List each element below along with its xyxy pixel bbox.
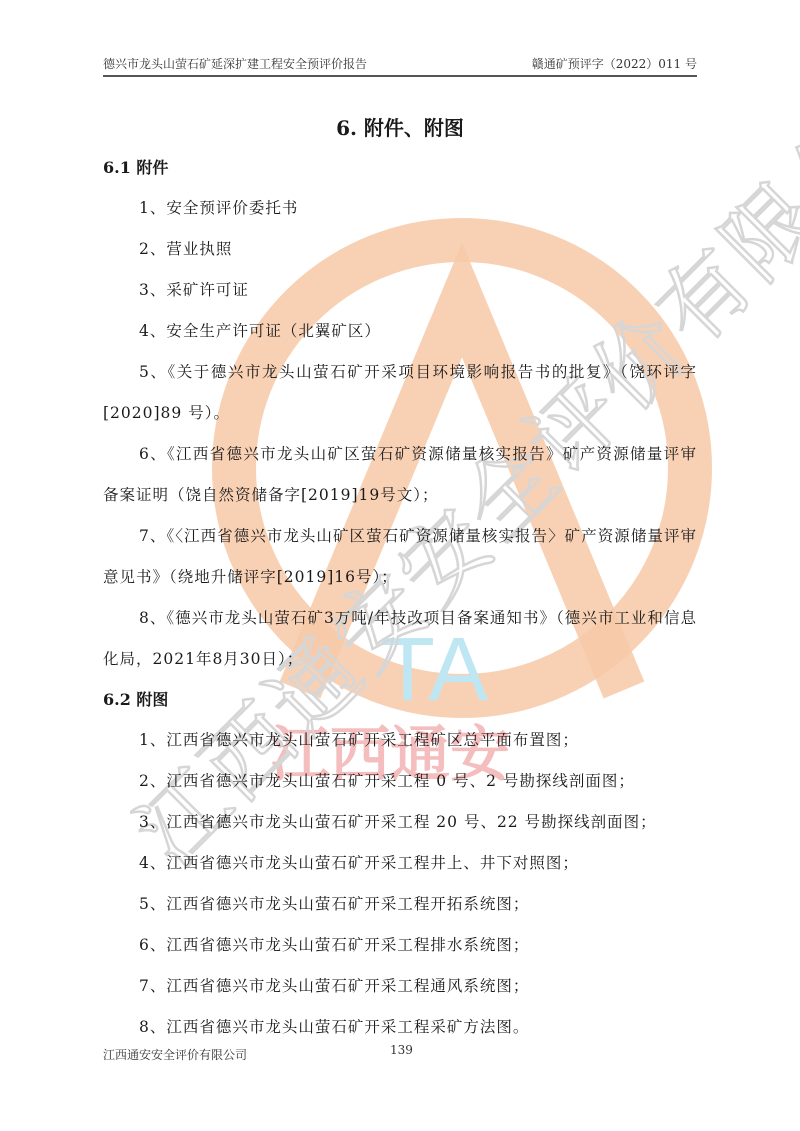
chapter-title: 6. 附件、附图 [103,108,697,148]
page-header: 德兴市龙头山萤石矿延深扩建工程安全预评价报告 赣通矿预评字（2022）011 号 [103,52,697,77]
attachment-item: 1、安全预评价委托书 [103,188,697,229]
section-title-drawings: 6.2 附图 [103,680,697,720]
attachment-item: 7、《〈江西省德兴市龙头山矿区萤石矿资源储量核实报告〉矿产资源储量评审意见书》（… [103,516,697,598]
page-content: 6. 附件、附图 6.1 附件 1、安全预评价委托书 2、营业执照 3、采矿许可… [103,100,697,1048]
drawing-item: 4、江西省德兴市龙头山萤石矿开采工程井上、井下对照图； [103,843,697,884]
header-report-number: 赣通矿预评字（2022）011 号 [532,55,697,72]
drawing-item: 8、江西省德兴市龙头山萤石矿开采工程采矿方法图。 [103,1007,697,1048]
drawing-item: 2、江西省德兴市龙头山萤石矿开采工程 0 号、2 号勘探线剖面图； [103,761,697,802]
page-number: 139 [390,1043,413,1057]
header-report-title: 德兴市龙头山萤石矿延深扩建工程安全预评价报告 [103,55,367,72]
attachment-item: 5、《关于德兴市龙头山萤石矿开采项目环境影响报告书的批复》（饶环评字[2020]… [103,352,697,434]
drawing-item: 6、江西省德兴市龙头山萤石矿开采工程排水系统图； [103,925,697,966]
attachment-item: 2、营业执照 [103,229,697,270]
drawing-item: 1、江西省德兴市龙头山萤石矿开采工程矿区总平面布置图； [103,720,697,761]
drawing-item: 5、江西省德兴市龙头山萤石矿开采工程开拓系统图； [103,884,697,925]
attachment-item: 3、采矿许可证 [103,270,697,311]
section-title-attachments: 6.1 附件 [103,148,697,188]
attachment-item: 8、《德兴市龙头山萤石矿3万吨/年技改项目备案通知书》（德兴市工业和信息化局，2… [103,598,697,680]
attachment-item: 6、《江西省德兴市龙头山矿区萤石矿资源储量核实报告》矿产资源储量评审备案证明（饶… [103,434,697,516]
attachment-item: 4、安全生产许可证（北翼矿区） [103,311,697,352]
drawing-item: 7、江西省德兴市龙头山萤石矿开采工程通风系统图； [103,966,697,1007]
drawing-item: 3、江西省德兴市龙头山萤石矿开采工程 20 号、22 号勘探线剖面图； [103,802,697,843]
footer-company-name: 江西通安安全评价有限公司 [103,1046,247,1063]
